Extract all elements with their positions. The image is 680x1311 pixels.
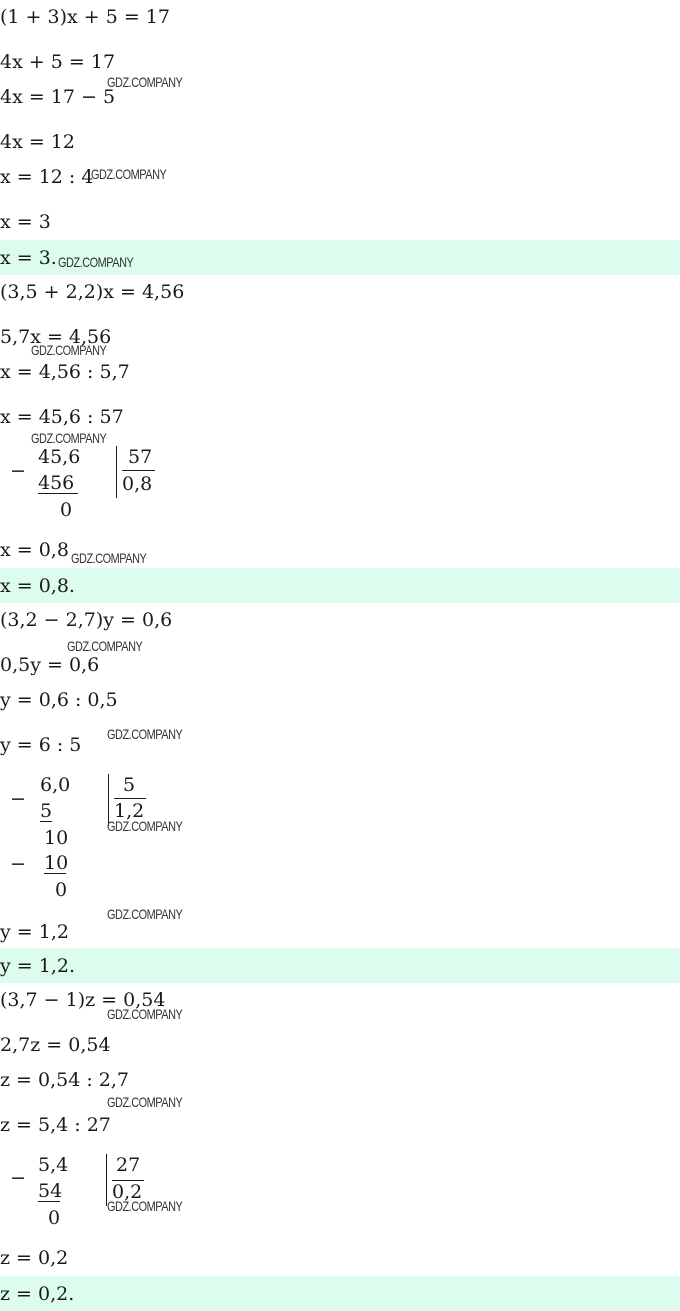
answer-line: x = 3. [0,247,57,269]
partial-remainder: 10 [44,827,68,849]
answer-line: y = 1,2. [0,955,75,977]
result-line: z = 0,2 [0,1247,68,1269]
minus-sign: − [10,853,26,875]
equation-line: 2,7z = 0,54 [0,1034,111,1056]
minus-sign: − [10,1167,26,1189]
equation-line: 4x = 17 − 5 [0,86,115,108]
subtraction-line [40,821,52,822]
equation-line: y = 0,6 : 0,5 [0,689,118,711]
watermark: GDZ.COMPANY [107,74,182,90]
watermark: GDZ.COMPANY [107,818,182,834]
watermark: GDZ.COMPANY [31,430,106,446]
dividend: 6,0 [40,774,70,796]
answer-highlight-3 [0,948,680,983]
minus-sign: − [10,788,26,810]
answer-line: x = 0,8. [0,575,75,597]
equation-line: x = 12 : 4 [0,166,93,188]
quotient-line [114,798,146,799]
division-bar [116,446,117,498]
watermark: GDZ.COMPANY [31,342,106,358]
equation-line: (3,5 + 2,2)x = 4,56 [0,281,184,303]
watermark: GDZ.COMPANY [107,1006,182,1022]
answer-highlight-4 [0,1276,680,1311]
watermark: GDZ.COMPANY [107,1198,182,1214]
divisor: 57 [128,446,152,468]
watermark: GDZ.COMPANY [107,906,182,922]
subtraction-line [44,873,66,874]
quotient-line [122,470,155,471]
answer-highlight-2 [0,568,680,603]
result-line: x = 0,8 [0,539,69,561]
dividend: 5,4 [38,1154,68,1176]
equation-line: x = 45,6 : 57 [0,406,124,428]
watermark: GDZ.COMPANY [107,1094,182,1110]
equation-line: 4x + 5 = 17 [0,51,115,73]
subtrahend: 54 [38,1180,62,1202]
subtrahend: 10 [44,852,68,874]
equation-line: z = 5,4 : 27 [0,1114,111,1136]
remainder: 0 [48,1207,60,1229]
watermark: GDZ.COMPANY [107,726,182,742]
result-line: y = 1,2 [0,921,69,943]
divisor: 27 [116,1154,140,1176]
watermark: GDZ.COMPANY [91,166,166,182]
equation-line: (1 + 3)x + 5 = 17 [0,6,170,28]
equation-line: 0,5y = 0,6 [0,654,99,676]
remainder: 0 [60,499,72,521]
subtraction-line [38,1201,60,1202]
answer-line: z = 0,2. [0,1283,74,1305]
equation-line: y = 6 : 5 [0,734,81,756]
quotient: 0,8 [122,473,152,495]
watermark: GDZ.COMPANY [71,550,146,566]
equation-line: 4x = 12 [0,131,75,153]
subtrahend: 456 [38,472,74,494]
divisor: 5 [123,774,135,796]
remainder: 0 [55,879,67,901]
watermark: GDZ.COMPANY [58,254,133,270]
equation-line: x = 3 [0,211,51,233]
equation-line: z = 0,54 : 2,7 [0,1069,129,1091]
equation-line: x = 4,56 : 5,7 [0,361,130,383]
subtraction-line [38,493,78,494]
minus-sign: − [10,460,26,482]
subtrahend: 5 [40,800,52,822]
equation-line: (3,2 − 2,7)y = 0,6 [0,609,172,631]
watermark: GDZ.COMPANY [67,638,142,654]
dividend: 45,6 [38,446,80,468]
